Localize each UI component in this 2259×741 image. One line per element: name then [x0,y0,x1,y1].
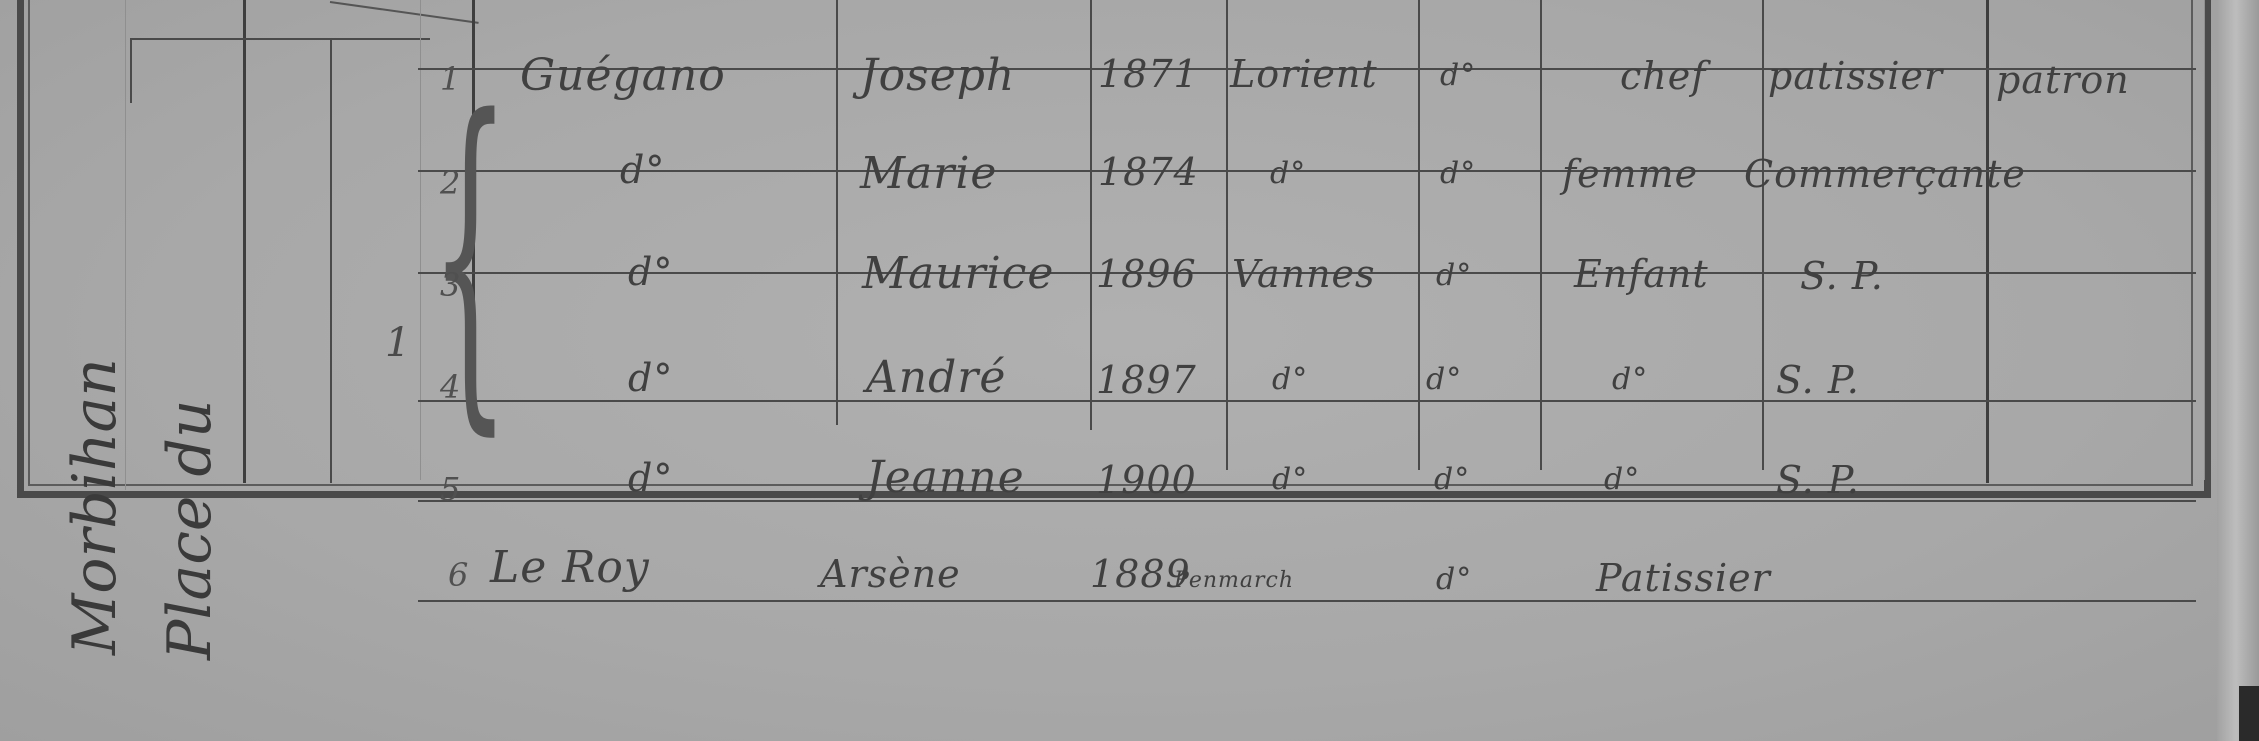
book-edge [2239,686,2259,741]
relation-cell: d° [1612,362,1648,397]
nationality-cell: d° [1440,58,1476,93]
occupation-cell: S. P. [1776,358,1860,402]
birthplace-cell: d° [1270,156,1306,191]
margin-tick [130,40,132,103]
nationality-cell: d° [1436,258,1472,293]
relation-cell: femme [1562,152,1698,196]
birthplace-cell: Vannes [1232,252,1376,296]
line-number: 6 [448,556,468,594]
line-number: 3 [440,266,460,304]
surname-cell: d° [628,456,673,500]
relation-cell: chef [1620,54,1706,98]
nationality-cell: d° [1434,462,1470,497]
column-rule [243,0,246,483]
surname-cell: Guégano [520,50,726,101]
birth-year-cell: 1896 [1096,252,1197,296]
nationality-cell: d° [1440,156,1476,191]
first-name-cell: Maurice [862,248,1054,299]
birthplace-cell: Penmarch [1174,568,1294,593]
department-label: Morbihan [60,358,130,655]
line-number: 1 [440,60,460,98]
row-rule [418,400,2196,402]
employer-status-cell: patron [1996,58,2130,102]
first-name-cell: Jeanne [866,452,1025,503]
birthplace-cell: d° [1272,362,1308,397]
book-binding [2217,0,2259,741]
first-name-cell: Arsène [820,552,961,596]
occupation-cell: Patissier [1596,556,1771,600]
street-label: Place du [155,399,225,660]
first-name-cell: Joseph [860,50,1015,101]
first-name-cell: André [866,352,1006,403]
birth-year-cell: 1874 [1098,150,1199,194]
occupation-cell: S. P. [1800,254,1884,298]
birthplace-cell: d° [1272,462,1308,497]
birth-year-cell: 1897 [1096,358,1197,402]
header-rule [130,38,430,40]
birthplace-cell: Lorient [1230,52,1378,96]
surname-cell: d° [628,356,673,400]
occupation-cell: S. P. [1776,458,1860,502]
relation-cell: Enfant [1574,252,1709,296]
surname-cell: d° [628,250,673,294]
column-rule [2204,0,2205,480]
first-name-cell: Marie [860,148,997,199]
column-rule [330,38,332,483]
surname-cell: d° [620,148,665,192]
column-rule [1986,0,1989,483]
surname-cell: Le Roy [490,542,650,593]
register-page: Morbihan Place du { 1 1 Guégano Joseph 1… [0,0,2259,741]
line-number: 2 [440,164,460,202]
occupation-cell: Commerçante [1744,152,2026,196]
line-number: 5 [440,470,460,508]
nationality-cell: d° [1426,362,1462,397]
household-number: 1 [385,320,410,366]
column-rule [836,0,838,425]
margin-rule [420,0,421,480]
nationality-cell: d° [1436,562,1472,597]
column-rule [1090,0,1092,430]
birth-year-cell: 1900 [1096,458,1197,502]
row-rule [418,600,2196,602]
row-rule [418,500,2196,502]
line-number: 4 [440,368,460,406]
relation-cell: d° [1604,462,1640,497]
birth-year-cell: 1871 [1098,52,1199,96]
occupation-cell: patissier [1768,54,1943,98]
